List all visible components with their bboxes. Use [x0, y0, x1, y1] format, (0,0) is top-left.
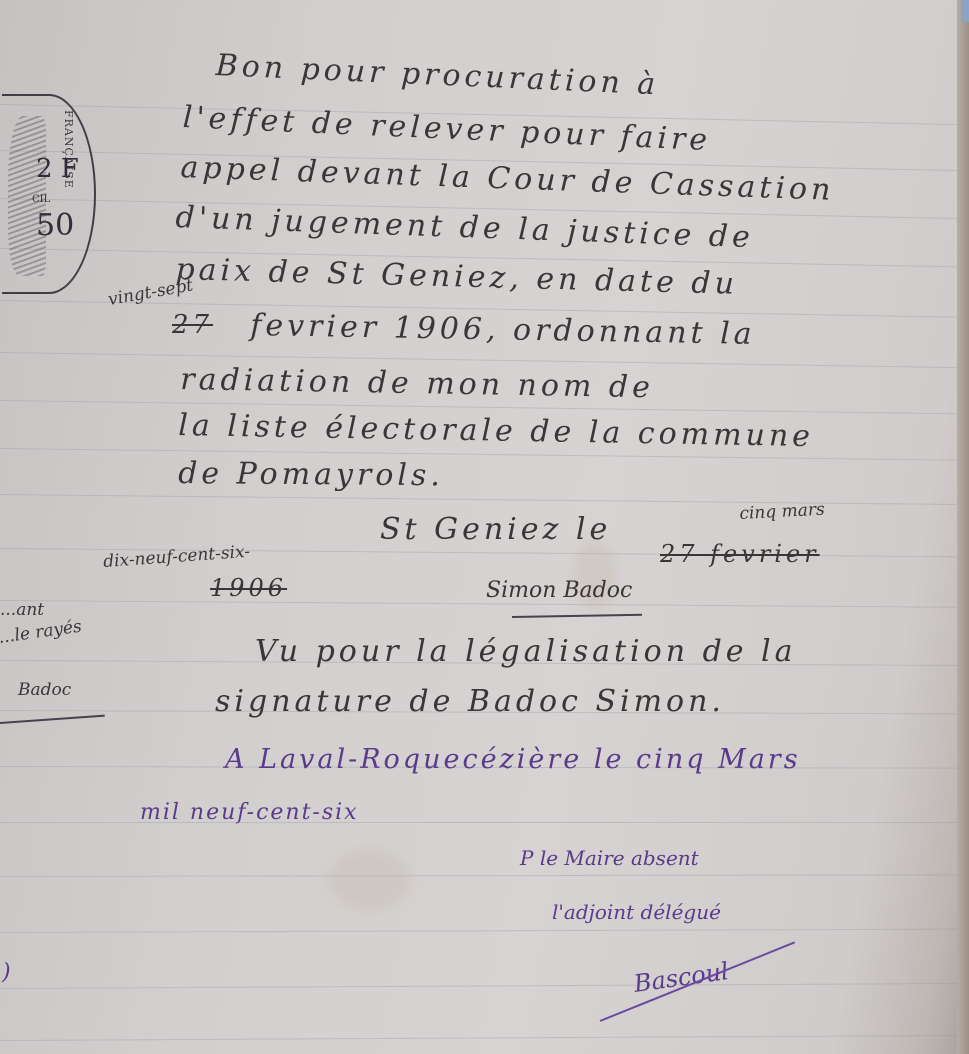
ruled-line — [0, 600, 960, 608]
signature-underline — [512, 614, 642, 618]
closing-place: St Geniez le — [380, 512, 611, 547]
margin-mark: ) — [2, 960, 11, 985]
mayor-year: mil neuf-cent-six — [140, 800, 359, 825]
margin-underline — [0, 715, 105, 724]
page-edge — [957, 0, 969, 1054]
mayor-place-date: A Laval-Roquecézière le cinq Mars — [225, 744, 801, 775]
margin-note-2: ...le rayés — [0, 617, 83, 648]
struck-date: 27 — [172, 310, 213, 340]
legalization-line-2: signature de Badoc Simon. — [215, 684, 725, 719]
mayor-absent-line: P le Maire absent — [520, 846, 699, 870]
stamp-value-top: 2 F — [36, 154, 79, 184]
signature-flourish — [600, 941, 795, 1022]
deputy-delegated-line: l'adjoint délégué — [552, 900, 721, 924]
ruled-line — [0, 983, 960, 989]
year-correction: dix-neuf-cent-six- — [103, 542, 251, 572]
body-line-2: l'effet de relever pour faire — [182, 100, 712, 158]
document-page: FRANÇAISE 2 F CIL 50 Bon pour procuratio… — [0, 0, 969, 1054]
body-line-9: de Pomayrols. — [178, 456, 444, 493]
closing-date-struck: 27 fevrier — [660, 540, 820, 568]
ruled-line — [0, 352, 960, 368]
stamp-small-text: CIL — [32, 194, 50, 205]
year-struck: 1906 — [210, 574, 287, 602]
margin-note-1: ...ant — [0, 600, 44, 620]
signature-bascoul: Bascoul — [632, 957, 730, 998]
ruled-line — [0, 448, 960, 461]
ruled-line — [0, 874, 960, 877]
body-line-8: la liste électorale de la commune — [178, 408, 814, 454]
body-line-5: paix de St Geniez, en date du — [175, 252, 738, 302]
ruled-line — [0, 1035, 960, 1041]
closing-date-correction: cinq mars — [739, 500, 825, 524]
body-line-1: Bon pour procuration à — [215, 48, 660, 102]
body-line-6: fevrier 1906, ordonnant la — [250, 308, 756, 352]
ruled-line — [0, 929, 960, 933]
interlinear-correction: vingt-sept — [107, 275, 195, 310]
margin-note-3: Badoc — [18, 680, 71, 700]
signature-simon-badoc: Simon Badoc — [486, 578, 632, 603]
revenue-stamp: FRANÇAISE 2 F CIL 50 — [2, 94, 96, 294]
legalization-line-1: Vu pour la légalisation de la — [255, 634, 797, 669]
background-corner — [961, 0, 969, 22]
paper-stain — [330, 850, 410, 910]
body-line-7: radiation de mon nom de — [180, 362, 654, 405]
body-line-3: appel devant la Cour de Cassation — [180, 150, 835, 208]
stamp-value-bottom: 50 — [36, 208, 74, 243]
